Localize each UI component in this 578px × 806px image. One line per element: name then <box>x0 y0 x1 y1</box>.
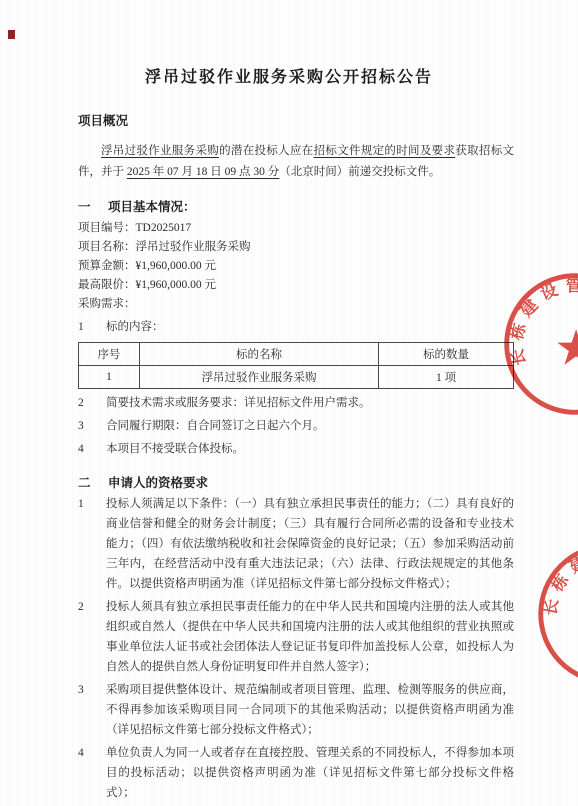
table-cell: 1 <box>79 366 140 389</box>
item-number: 4 <box>78 743 106 803</box>
numbered-item: 3采购项目提供整体设计、规范编制或者项目管理、监理、检测等服务的供应商，不得再参… <box>78 680 514 740</box>
field-line: 项目名称：浮吊过驳作业服务采购 <box>78 238 514 257</box>
subject-table: 序号标的名称标的数量 1浮吊过驳作业服务采购1 项 <box>78 342 514 389</box>
item-text: 投标人须具有独立承担民事责任能力的在中华人民共和国境内注册的法人或其他组织或自然… <box>106 597 514 677</box>
intro-segment: （北京时间）前递交投标文件。 <box>279 166 440 178</box>
field-value: TD2025017 <box>136 222 192 234</box>
field-label: 项目编号： <box>78 222 136 234</box>
item-text: 标的内容： <box>106 317 514 337</box>
document-page: 浮吊过驳作业服务采购公开招标公告 项目概况 浮吊过驳作业服务采购的潜在投标人应在… <box>0 0 578 806</box>
item-text: 采购项目提供整体设计、规范编制或者项目管理、监理、检测等服务的供应商，不得再参加… <box>106 680 514 740</box>
item-number: 4 <box>78 439 106 459</box>
item-text: 投标人须满足以下条件：（一）具有独立承担民事责任的能力；（二）具有良好的商业信誉… <box>106 494 514 594</box>
field-value: ¥1,960,000.00 元 <box>136 260 217 272</box>
field-line: 采购需求： <box>78 295 514 314</box>
intro-paragraph: 浮吊过驳作业服务采购的潜在投标人应在招标文件规定的时间及要求获取招标文件，并于 … <box>78 141 514 183</box>
item-number: 1 <box>78 494 106 594</box>
numbered-item: 4本项目不接受联合体投标。 <box>78 439 514 459</box>
section2-number: 二 <box>78 473 108 491</box>
field-label: 最高限价： <box>78 279 136 291</box>
field-label: 项目名称： <box>78 241 136 253</box>
section1-number: 一 <box>78 197 108 215</box>
section2-heading: 二 申请人的资格要求 <box>78 473 514 491</box>
numbered-item: 1投标人须满足以下条件：（一）具有独立承担民事责任的能力；（二）具有良好的商业信… <box>78 494 514 594</box>
item-text: 合同履行期限：自合同签订之日起六个月。 <box>106 416 514 436</box>
table-row: 1浮吊过驳作业服务采购1 项 <box>79 366 514 389</box>
table-cell: 浮吊过驳作业服务采购 <box>139 366 378 389</box>
section2-heading-label: 申请人的资格要求 <box>108 473 208 491</box>
document-body: 项目概况 浮吊过驳作业服务采购的潜在投标人应在招标文件规定的时间及要求获取招标文… <box>0 111 578 803</box>
item-text: 简要技术需求或服务要求：详见招标文件用户需求。 <box>106 393 514 413</box>
red-corner-mark <box>8 30 15 39</box>
document-title: 浮吊过驳作业服务采购公开招标公告 <box>50 64 528 87</box>
item-number: 2 <box>78 597 106 677</box>
intro-segment: 招标文件规定的时间及要求 <box>314 145 456 157</box>
field-value: ¥1,960,000.00 元 <box>136 279 217 291</box>
section1-heading-label: 项目基本情况： <box>108 197 196 215</box>
intro-segment: 的潜在投标人应在 <box>219 145 313 157</box>
subject-table-header-row: 序号标的名称标的数量 <box>79 343 514 366</box>
subject-items: 1标的内容： <box>78 317 514 337</box>
subject-table-body: 1浮吊过驳作业服务采购1 项 <box>79 366 514 389</box>
intro-segment: 浮吊过驳作业服务采购 <box>101 145 219 157</box>
field-label: 采购需求： <box>78 298 136 310</box>
field-value: 浮吊过驳作业服务采购 <box>136 241 251 253</box>
item-text: 本项目不接受联合体投标。 <box>106 439 514 459</box>
table-cell: 1 项 <box>379 366 514 389</box>
item-number: 3 <box>78 680 106 740</box>
table-header-cell: 标的数量 <box>379 343 514 366</box>
numbered-item: 2投标人须具有独立承担民事责任能力的在中华人民共和国境内注册的法人或其他组织或自… <box>78 597 514 677</box>
item-number: 2 <box>78 393 106 413</box>
numbered-item: 2简要技术需求或服务要求：详见招标文件用户需求。 <box>78 393 514 413</box>
table-header-cell: 序号 <box>79 343 140 366</box>
field-label: 预算金额： <box>78 260 136 272</box>
field-line: 最高限价：¥1,960,000.00 元 <box>78 276 514 295</box>
intro-segment: 2025 年 07 月 18 日 09 点 30 分 <box>127 166 279 178</box>
overview-heading: 项目概况 <box>78 111 514 129</box>
field-line: 预算金额：¥1,960,000.00 元 <box>78 257 514 276</box>
table-header-cell: 标的名称 <box>139 343 378 366</box>
section1-heading: 一 项目基本情况： <box>78 197 514 215</box>
field-line: 项目编号：TD2025017 <box>78 219 514 238</box>
numbered-item: 3合同履行期限：自合同签订之日起六个月。 <box>78 416 514 436</box>
item-number: 1 <box>78 317 106 337</box>
numbered-item: 1标的内容： <box>78 317 514 337</box>
item-text: 单位负责人为同一人或者存在直接控股、管理关系的不同投标人，不得参加本项目的投标活… <box>106 743 514 803</box>
numbered-item: 4单位负责人为同一人或者存在直接控股、管理关系的不同投标人，不得参加本项目的投标… <box>78 743 514 803</box>
section1-items: 2简要技术需求或服务要求：详见招标文件用户需求。3合同履行期限：自合同签订之日起… <box>78 393 514 459</box>
basic-fields: 项目编号：TD2025017项目名称：浮吊过驳作业服务采购预算金额：¥1,960… <box>78 219 514 314</box>
section2-items: 1投标人须满足以下条件：（一）具有独立承担民事责任的能力；（二）具有良好的商业信… <box>78 494 514 803</box>
item-number: 3 <box>78 416 106 436</box>
